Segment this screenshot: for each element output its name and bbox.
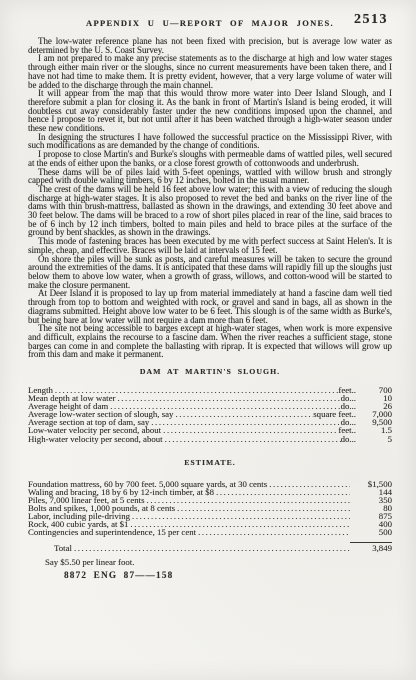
dam-measurements-table: Length feet.. 700 Mean depth at low wate… (28, 386, 392, 443)
dot-leader (267, 480, 350, 488)
row-unit: do... (341, 435, 356, 443)
paragraph: I am not prepared to make any precise st… (28, 54, 392, 89)
paragraph: The crest of the dams will be held 16 fe… (28, 185, 392, 237)
dot-leader (175, 504, 350, 512)
section-heading-dam: DAM AT MARTIN'S SLOUGH. (28, 367, 392, 376)
row-value: 5 (356, 435, 392, 443)
page-number: 2513 (354, 12, 388, 28)
page-header: APPENDIX U U—REPORT OF MAJOR JONES. 2513 (28, 12, 392, 30)
print-imprint: 8872 ENG 87——158 (64, 570, 392, 580)
document-page: APPENDIX U U—REPORT OF MAJOR JONES. 2513… (0, 0, 416, 680)
table-row: Contingencies and superintendence, 15 pe… (28, 528, 392, 536)
paragraph: On shore the piles will be sunk as posts… (28, 255, 392, 290)
dot-leader (173, 410, 313, 418)
per-foot-note: Say $5.50 per linear foot. (45, 557, 392, 567)
dot-leader (149, 418, 340, 426)
paragraph: In designing the structures I have follo… (28, 133, 392, 150)
paragraph: I propose to close Martin's and Burke's … (28, 150, 392, 167)
total-row: Total 3,849 (28, 542, 392, 552)
dot-leader (115, 394, 340, 402)
dot-leader (72, 544, 350, 552)
total-label: Total (54, 544, 72, 552)
paragraph: It will appear from the map that this wo… (28, 89, 392, 133)
row-value: 500 (350, 528, 392, 536)
dot-leader (130, 512, 350, 520)
paragraph: This mode of fastening braces has been e… (28, 237, 392, 254)
table-row: High-water velocity per second, about do… (28, 435, 392, 443)
dot-leader (214, 488, 350, 496)
row-label: Contingencies and superintendence, 15 pe… (28, 528, 196, 536)
paragraph: The low-water reference plane has not be… (28, 37, 392, 54)
body-paragraphs: The low-water reference plane has not be… (28, 37, 392, 359)
dot-leader (163, 435, 341, 443)
paragraph: At Deer Island it is proposed to lay up … (28, 289, 392, 324)
dot-leader (145, 496, 350, 504)
estimate-table: Foundation mattress, 60 by 700 feet. 5,0… (28, 480, 392, 537)
row-value: 1.5 (356, 426, 392, 434)
paragraph: The site not being accessible to barges … (28, 324, 392, 359)
section-heading-estimate: ESTIMATE. (28, 458, 392, 467)
paragraph: These dams will be of piles laid with 5-… (28, 168, 392, 185)
running-head: APPENDIX U U—REPORT OF MAJOR JONES. (86, 12, 334, 28)
dot-leader (196, 528, 350, 536)
dot-leader (161, 426, 338, 434)
total-value: 3,849 (350, 542, 392, 552)
row-label: High-water velocity per second, about (28, 435, 163, 443)
